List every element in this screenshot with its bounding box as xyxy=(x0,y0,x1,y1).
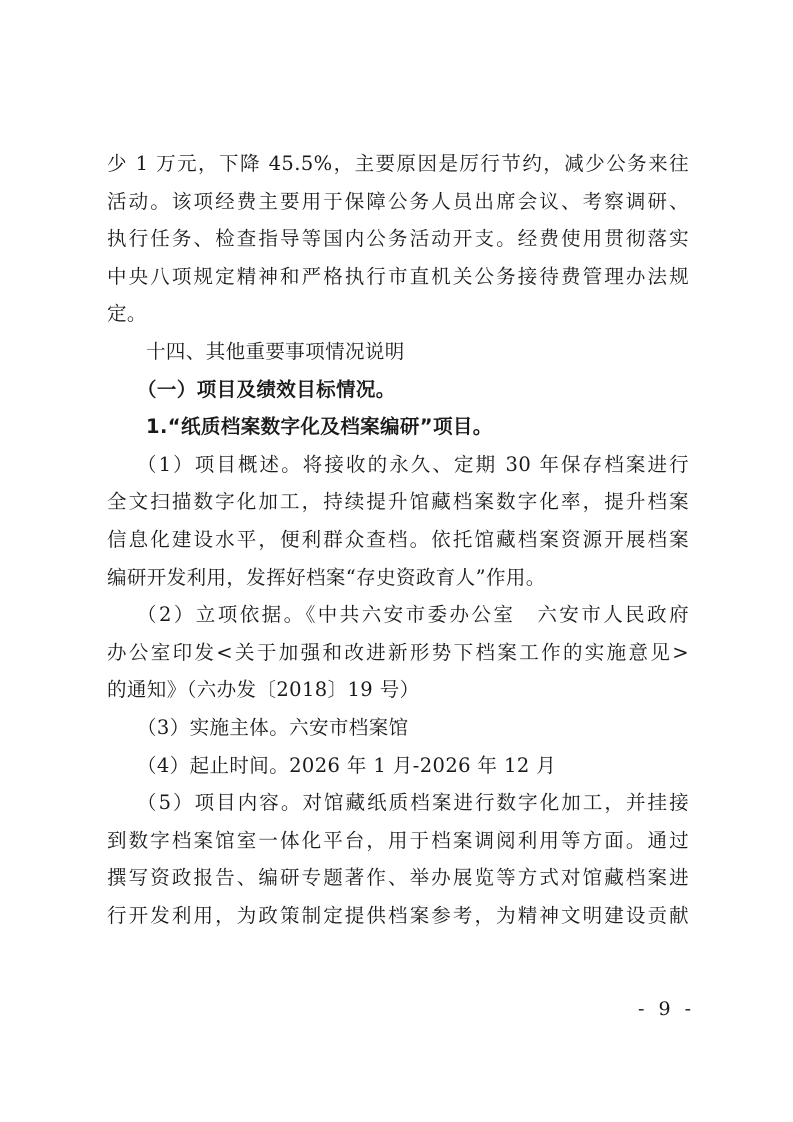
text-line: 编研开发利用，发挥好档案“存史资政育人”作用。 xyxy=(107,559,689,597)
text-line: 的通知》（六办发〔2018〕19 号） xyxy=(107,671,689,709)
text-line: （2）立项依据。《中共六安市委办公室 六安市人民政府 xyxy=(107,596,689,634)
text-line: 信息化建设水平，便利群众查档。依托馆藏档案资源开展档案 xyxy=(107,521,689,559)
project-title: 1.“纸质档案数字化及档案编研”项目。 xyxy=(107,408,689,446)
text-line: 行开发利用，为政策制定提供档案参考，为精神文明建设贡献 xyxy=(107,897,689,935)
page-number: - 9 - xyxy=(638,998,695,1020)
section-heading: 十四、其他重要事项情况说明 xyxy=(107,333,689,371)
text-line: 中央八项规定精神和严格执行市直机关公务接待费管理办法规 xyxy=(107,258,689,296)
text-line: 活动。该项经费主要用于保障公务人员出席会议、考察调研、 xyxy=(107,183,689,221)
text-line: 办公室印发<关于加强和改进新形势下档案工作的实施意见> xyxy=(107,634,689,672)
text-line: 撰写资政报告、编研专题著作、举办展览等方式对馆藏档案进 xyxy=(107,859,689,897)
content-paragraph: （5）项目内容。对馆藏纸质档案进行数字化加工，并挂接 到数字档案馆室一体化平台，… xyxy=(107,784,689,934)
text-line: 少 1 万元，下降 45.5%，主要原因是厉行节约，减少公务来往 xyxy=(107,145,689,183)
text-line: （5）项目内容。对馆藏纸质档案进行数字化加工，并挂接 xyxy=(107,784,689,822)
text-line: 到数字档案馆室一体化平台，用于档案调阅利用等方面。通过 xyxy=(107,822,689,860)
overview-paragraph: （1）项目概述。将接收的永久、定期 30 年保存档案进行 全文扫描数字化加工，持… xyxy=(107,446,689,596)
text-line: （1）项目概述。将接收的永久、定期 30 年保存档案进行 xyxy=(107,446,689,484)
document-page: 少 1 万元，下降 45.5%，主要原因是厉行节约，减少公务来往 活动。该项经费… xyxy=(0,0,793,1122)
text-line: 定。 xyxy=(107,295,689,333)
period-line: （4）起止时间。2026 年 1 月-2026 年 12 月 xyxy=(107,747,689,785)
expense-paragraph: 少 1 万元，下降 45.5%，主要原因是厉行节约，减少公务来往 活动。该项经费… xyxy=(107,145,689,333)
basis-paragraph: （2）立项依据。《中共六安市委办公室 六安市人民政府 办公室印发<关于加强和改进… xyxy=(107,596,689,709)
subsection-heading: （一）项目及绩效目标情况。 xyxy=(107,371,689,409)
implementer-line: （3）实施主体。六安市档案馆 xyxy=(107,709,689,747)
text-line: 执行任务、检查指导等国内公务活动开支。经费使用贯彻落实 xyxy=(107,220,689,258)
document-body: 少 1 万元，下降 45.5%，主要原因是厉行节约，减少公务来往 活动。该项经费… xyxy=(107,145,689,934)
text-line: 全文扫描数字化加工，持续提升馆藏档案数字化率，提升档案 xyxy=(107,483,689,521)
